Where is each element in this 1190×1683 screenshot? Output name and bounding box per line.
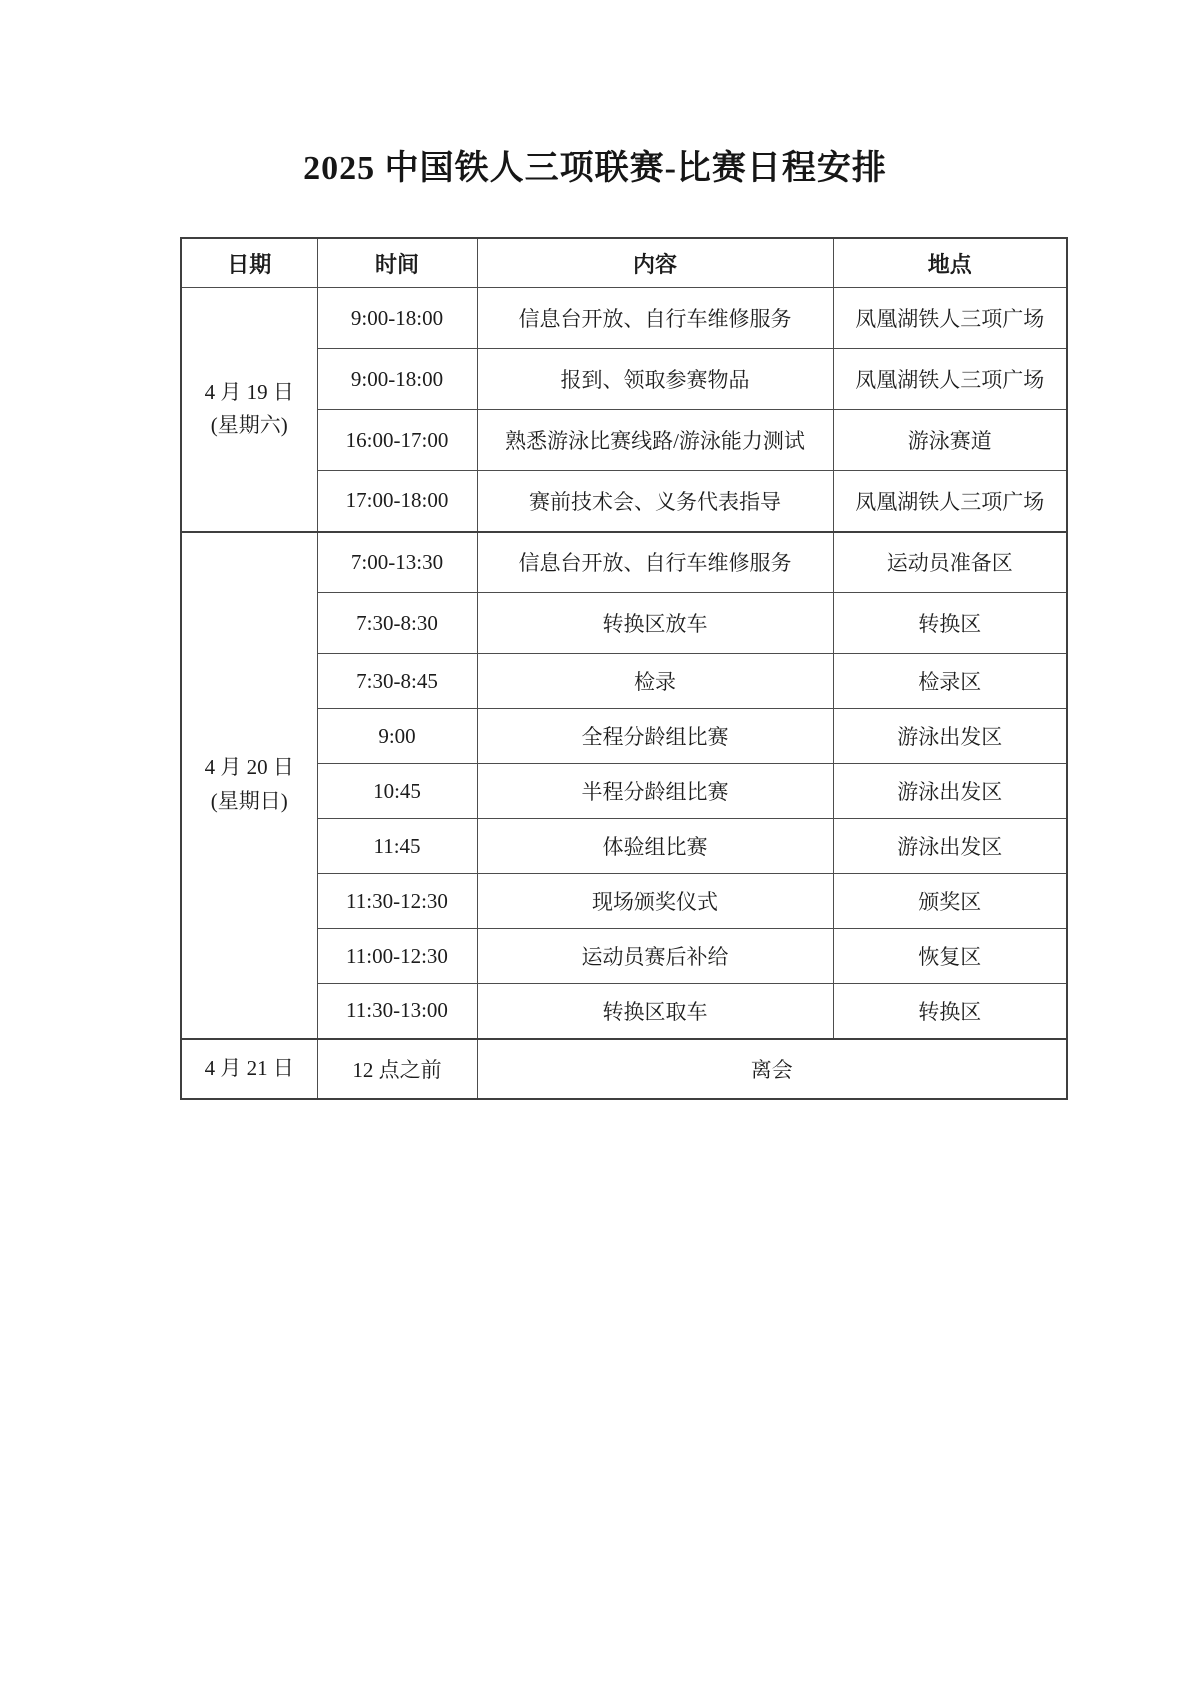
time-cell: 7:00-13:30 [317,532,477,593]
content-cell: 信息台开放、自行车维修服务 [477,288,833,349]
time-cell: 9:00 [317,709,477,764]
schedule-table: 日期 时间 内容 地点 4 月 19 日(星期六)9:00-18:00信息台开放… [180,237,1068,1100]
content-cell: 报到、领取参赛物品 [477,349,833,410]
date-line: 4 月 20 日 [186,751,313,785]
location-cell: 转换区 [833,593,1067,654]
time-cell: 10:45 [317,764,477,819]
date-cell: 4 月 20 日(星期日) [181,532,317,1039]
content-cell: 赛前技术会、义务代表指导 [477,471,833,532]
col-header-location: 地点 [833,238,1067,288]
schedule-row: 4 月 21 日12 点之前离会 [181,1039,1067,1099]
col-header-time: 时间 [317,238,477,288]
time-cell: 11:30-13:00 [317,984,477,1039]
date-cell: 4 月 19 日(星期六) [181,288,317,532]
content-cell: 转换区取车 [477,984,833,1039]
content-cell: 检录 [477,654,833,709]
time-cell: 11:30-12:30 [317,874,477,929]
content-cell: 体验组比赛 [477,819,833,874]
time-cell: 7:30-8:30 [317,593,477,654]
schedule-row: 4 月 19 日(星期六)9:00-18:00信息台开放、自行车维修服务凤凰湖铁… [181,288,1067,349]
content-cell: 信息台开放、自行车维修服务 [477,532,833,593]
time-cell: 7:30-8:45 [317,654,477,709]
location-cell: 检录区 [833,654,1067,709]
time-cell: 11:45 [317,819,477,874]
document-title: 2025 中国铁人三项联赛-比赛日程安排 [0,140,1190,189]
location-cell: 运动员准备区 [833,532,1067,593]
time-cell: 12 点之前 [317,1039,477,1099]
col-header-content: 内容 [477,238,833,288]
content-cell: 运动员赛后补给 [477,929,833,984]
location-cell: 恢复区 [833,929,1067,984]
location-cell: 颁奖区 [833,874,1067,929]
schedule-table-body: 4 月 19 日(星期六)9:00-18:00信息台开放、自行车维修服务凤凰湖铁… [181,288,1067,1099]
time-cell: 9:00-18:00 [317,288,477,349]
location-cell: 游泳出发区 [833,764,1067,819]
time-cell: 16:00-17:00 [317,410,477,471]
location-cell: 游泳出发区 [833,709,1067,764]
content-cell: 半程分龄组比赛 [477,764,833,819]
date-cell: 4 月 21 日 [181,1039,317,1099]
date-line: 4 月 19 日 [186,376,313,410]
location-cell: 游泳出发区 [833,819,1067,874]
content-cell: 离会 [477,1039,1067,1099]
location-cell: 凤凰湖铁人三项广场 [833,471,1067,532]
time-cell: 9:00-18:00 [317,349,477,410]
location-cell: 转换区 [833,984,1067,1039]
date-weekday-line: (星期六) [186,409,313,443]
location-cell: 凤凰湖铁人三项广场 [833,349,1067,410]
col-header-date: 日期 [181,238,317,288]
time-cell: 11:00-12:30 [317,929,477,984]
schedule-row: 4 月 20 日(星期日)7:00-13:30信息台开放、自行车维修服务运动员准… [181,532,1067,593]
time-cell: 17:00-18:00 [317,471,477,532]
header-row: 日期 时间 内容 地点 [181,238,1067,288]
content-cell: 全程分龄组比赛 [477,709,833,764]
date-weekday-line: (星期日) [186,785,313,819]
date-line: 4 月 21 日 [186,1052,313,1086]
location-cell: 凤凰湖铁人三项广场 [833,288,1067,349]
content-cell: 现场颁奖仪式 [477,874,833,929]
content-cell: 转换区放车 [477,593,833,654]
location-cell: 游泳赛道 [833,410,1067,471]
content-cell: 熟悉游泳比赛线路/游泳能力测试 [477,410,833,471]
